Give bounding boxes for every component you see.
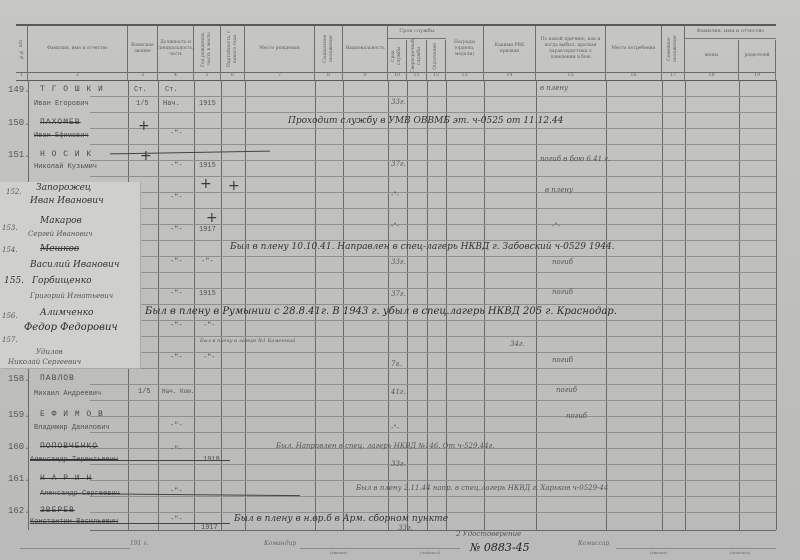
- surname: ПАХОМЕВ: [40, 118, 81, 127]
- birth-year: -"-: [203, 322, 216, 330]
- grid-hline: [90, 432, 776, 433]
- surname: Т Г О Ш К И: [40, 85, 104, 94]
- grid-vline: [739, 80, 740, 530]
- grid-vline: [606, 80, 607, 530]
- given-name: Николай Кузьмич: [34, 163, 97, 171]
- grid-hline: [90, 496, 776, 497]
- grid-hline: [90, 336, 776, 337]
- grid-hline: [90, 400, 776, 401]
- grid-hline: [90, 192, 776, 193]
- given-name: Константин Васильевич: [30, 518, 118, 526]
- surname: Макаров: [40, 216, 82, 226]
- col-num: 14: [484, 72, 536, 80]
- grid-hline: [90, 320, 776, 321]
- role: -"-: [170, 226, 183, 234]
- grid-vline: [536, 80, 537, 530]
- surname: ЗВЕРЕВ: [40, 506, 75, 515]
- grid-vline: [245, 80, 246, 530]
- cross-mark-icon: +: [200, 176, 212, 192]
- role: -"-: [170, 162, 183, 170]
- grid-hline: [90, 112, 776, 113]
- given-name: Григорий Игнатьевич: [30, 292, 113, 300]
- role: -"-: [170, 354, 183, 362]
- note: Проходит службу в УМВ ОВВМБ эт. ч-0525 о…: [288, 116, 563, 126]
- group-service-term: Срок службы: [388, 28, 446, 39]
- grid-hline: [90, 304, 776, 305]
- col-header-4: Должность и специальность, часть: [158, 26, 194, 72]
- grid-vline: [221, 80, 222, 530]
- commissar-rank-caption: (звание): [650, 550, 668, 555]
- note: погиб: [552, 288, 573, 296]
- grid-hline: [90, 272, 776, 273]
- surname: Н А Р И Н: [40, 474, 92, 483]
- grid-hline: [90, 464, 776, 465]
- col-num: 8: [315, 72, 343, 80]
- col-header-6: Партийность, с какого года: [221, 26, 245, 72]
- row-number: 157.: [2, 336, 18, 344]
- note: Был в плену в лагере №1 Каменный: [200, 338, 295, 344]
- col-num: 12: [427, 72, 446, 80]
- service-term: 33г.: [391, 258, 406, 266]
- col-num: 2: [28, 72, 128, 80]
- grid-hline: [90, 128, 776, 129]
- note: -"-: [552, 222, 560, 230]
- commander-signature-line: [300, 548, 460, 549]
- commander-signature-caption: (подпись): [420, 550, 440, 555]
- service-term: 33г.: [391, 460, 406, 468]
- grid-vline: [484, 80, 485, 530]
- document-stamp-number: № 0883-45: [470, 541, 530, 554]
- col-num: 11: [407, 72, 427, 80]
- given-name: Иван Иванович: [30, 196, 104, 206]
- role: Ст.: [165, 86, 178, 94]
- service-term: 41г.: [391, 388, 406, 396]
- given-name: Николай Сергеевич: [8, 358, 81, 366]
- cross-mark-icon: +: [138, 118, 150, 134]
- grid-vline: [776, 80, 777, 530]
- grid-hline: [90, 144, 776, 145]
- surname: Горбищенко: [32, 276, 91, 286]
- grid-hline: [90, 368, 776, 369]
- service-term: -"-: [391, 424, 399, 432]
- pasted-correction-slip: [0, 182, 140, 368]
- surname: Мешков: [40, 244, 79, 254]
- note: погиб: [566, 412, 587, 420]
- col-num: 17: [662, 72, 685, 80]
- service-term: 7г.: [391, 360, 401, 368]
- note: в плену: [545, 186, 573, 194]
- role: Нач. Ком.: [162, 388, 194, 395]
- row-number: 161.: [8, 474, 30, 484]
- col-num: 5: [194, 72, 221, 80]
- birth-year: 1917: [201, 524, 218, 532]
- note: Был в плену в Румынии с 28.8.41г. В 1943…: [145, 306, 617, 317]
- surname: Е Ф И М О В: [40, 410, 104, 419]
- col-num: 16: [606, 72, 662, 80]
- surname: Запорожец: [36, 183, 91, 193]
- col-header-3: Воинское звание: [128, 26, 158, 72]
- row-number: 159.: [8, 410, 30, 420]
- note-secondary: 2 Удостоверение: [456, 530, 521, 538]
- cross-mark-icon: +: [140, 148, 152, 164]
- col-header-7: Место рождения: [245, 26, 315, 72]
- col-num: 18: [685, 72, 739, 80]
- grid-vline: [388, 80, 389, 530]
- given-name: Иван Ефимович: [34, 132, 89, 140]
- row-number: 149.: [8, 85, 30, 95]
- grid-hline: [90, 288, 776, 289]
- grid-hline: [90, 416, 776, 417]
- birth-year: 1917: [199, 226, 216, 234]
- given-name: Василий Иванович: [30, 260, 119, 270]
- row-number: 156.: [2, 312, 18, 320]
- col-header-13: Награды (ордена, медали): [446, 26, 484, 72]
- grid-hline: [90, 224, 776, 225]
- surname: Н О С И К: [40, 150, 92, 159]
- rank: Ст.: [134, 86, 147, 94]
- col-header-17: Семейное положение: [662, 26, 685, 72]
- role: -"-: [170, 130, 183, 138]
- note-secondary: погиб: [552, 356, 573, 364]
- grid-hline: [90, 480, 776, 481]
- row-number: 152.: [6, 188, 22, 196]
- strike-line: [30, 460, 230, 461]
- grid-hline: [90, 176, 776, 177]
- grid-hline: [90, 208, 776, 209]
- cross-mark-icon: +: [206, 210, 218, 226]
- birth-year: 1915: [199, 290, 216, 298]
- service-term: 33г.: [398, 524, 413, 532]
- service-term: 37г.: [391, 160, 406, 168]
- col-num: 6: [221, 72, 245, 80]
- commander-rank-caption: (звание): [330, 550, 348, 555]
- col-num: 10: [388, 72, 407, 80]
- role: -"-: [170, 194, 183, 202]
- col-header-11: Сверхсрочной службы: [407, 40, 427, 72]
- col-header-16: Место погребения: [606, 26, 662, 72]
- service-term: -"-: [391, 222, 399, 230]
- note: в плену: [540, 84, 568, 92]
- role: -"-: [170, 322, 183, 330]
- col-header-9: Национальность: [343, 26, 388, 72]
- grid-hline: [90, 384, 776, 385]
- grid-vline: [427, 80, 428, 530]
- col-header-10: Срок службы: [388, 40, 407, 72]
- surname: ПАВЛОВ: [40, 374, 75, 383]
- role: -"-: [170, 290, 183, 298]
- grid-vline: [158, 80, 159, 530]
- note: Был в плену 10.10.41. Направлен в спец-л…: [230, 240, 630, 254]
- surname: ПОПОВЧЕНКО: [40, 442, 98, 451]
- col-header-5: Год рождения, часть и место: [194, 26, 221, 72]
- col-header-14: Какими РВК призван: [484, 26, 536, 72]
- rank-detail: 1/5: [136, 100, 149, 108]
- col-num: 19: [739, 72, 776, 80]
- row-number: 155.: [4, 276, 24, 286]
- col-num: 15: [536, 72, 606, 80]
- note-tertiary: 34г.: [510, 340, 525, 348]
- row-number: 162.: [8, 506, 30, 516]
- note: Был в плену в н.вр.б в Арм. сборном пунк…: [234, 514, 448, 524]
- row-number: 158.: [8, 374, 30, 384]
- scanned-register-page: №№ п/п Фамилия, имя и отчество Воинское …: [0, 0, 800, 560]
- commissar-signature-line: [616, 548, 776, 549]
- service-term: 37г.: [391, 290, 406, 298]
- role: -"-: [170, 446, 183, 454]
- role-detail: Нач.: [163, 100, 180, 108]
- grid-hline: [90, 530, 776, 531]
- note: погиб: [556, 386, 577, 394]
- col-num: 1: [16, 72, 28, 80]
- grid-hline: [90, 256, 776, 257]
- surname: Удилов: [36, 348, 63, 356]
- note: погиб в бою 6.41 г.: [540, 155, 610, 163]
- commander-label: Командир: [264, 540, 296, 547]
- row-number: 153.: [2, 224, 18, 232]
- service-term: 33г.: [391, 98, 406, 106]
- col-header-19: родителей: [739, 40, 776, 72]
- note: Был. Направлен в спец. лагерь НКВД №146.…: [276, 442, 494, 450]
- col-num: 7: [245, 72, 315, 80]
- col-header-8: Социальное положение: [315, 26, 343, 72]
- birth-year: -"-: [201, 258, 214, 266]
- grid-vline: [446, 80, 447, 530]
- given-name: Федор Федорович: [24, 322, 118, 333]
- col-header-15: По какой причине, как и когда выбыл, кра…: [536, 26, 606, 72]
- surname: Алимченко: [40, 308, 93, 318]
- table-header: №№ п/п Фамилия, имя и отчество Воинское …: [16, 26, 776, 73]
- grid-hline: [90, 96, 776, 97]
- given-name: Владимир Данилович: [34, 424, 110, 432]
- grid-vline: [194, 80, 195, 530]
- col-num: 3: [128, 72, 158, 80]
- col-header-1: №№ п/п: [16, 26, 28, 72]
- role: -"-: [170, 258, 183, 266]
- given-name: Иван Егорович: [34, 100, 89, 108]
- footer-line: [20, 548, 130, 549]
- commissar-label: Комиссар: [578, 540, 609, 547]
- row-number: 160.: [8, 442, 30, 452]
- rank: 1/5: [138, 388, 151, 396]
- cross-mark-icon: +: [228, 178, 240, 194]
- birth-year: -"-: [203, 354, 216, 362]
- role: -"-: [170, 422, 183, 430]
- footer-year: 191 г.: [130, 540, 148, 547]
- col-header-2: Фамилия, имя и отчество: [28, 26, 128, 72]
- row-number: 151.: [8, 150, 30, 160]
- birth-year: 1915: [199, 162, 216, 170]
- grid-vline: [662, 80, 663, 530]
- strike-line: [30, 523, 230, 524]
- col-header-18: жены: [685, 40, 739, 72]
- row-number: 154.: [2, 246, 18, 254]
- grid-vline: [685, 80, 686, 530]
- commissar-signature-caption: (подпись): [730, 550, 750, 555]
- grid-vline: [407, 80, 408, 530]
- col-num: 4: [158, 72, 194, 80]
- grid-hline: [90, 512, 776, 513]
- service-term: -"-: [391, 191, 399, 199]
- col-header-12: Ополчение: [427, 40, 446, 72]
- note-secondary: погиб: [552, 258, 573, 266]
- birth-year: 1915: [199, 100, 216, 108]
- note: Был в плену 2.11.44 напр. в спец.лагерь …: [356, 484, 608, 492]
- col-num: 9: [343, 72, 388, 80]
- grid-vline: [343, 80, 344, 530]
- col-num: 13: [446, 72, 484, 80]
- given-name: Сергей Иванович: [28, 230, 93, 238]
- grid-hline: [90, 160, 776, 161]
- row-number: 150.: [8, 118, 30, 128]
- grid-hline: [90, 352, 776, 353]
- given-name: Михаил Андреевич: [34, 390, 101, 398]
- grid-vline: [315, 80, 316, 530]
- group-family-names: Фамилия, имя и отчество: [685, 28, 776, 39]
